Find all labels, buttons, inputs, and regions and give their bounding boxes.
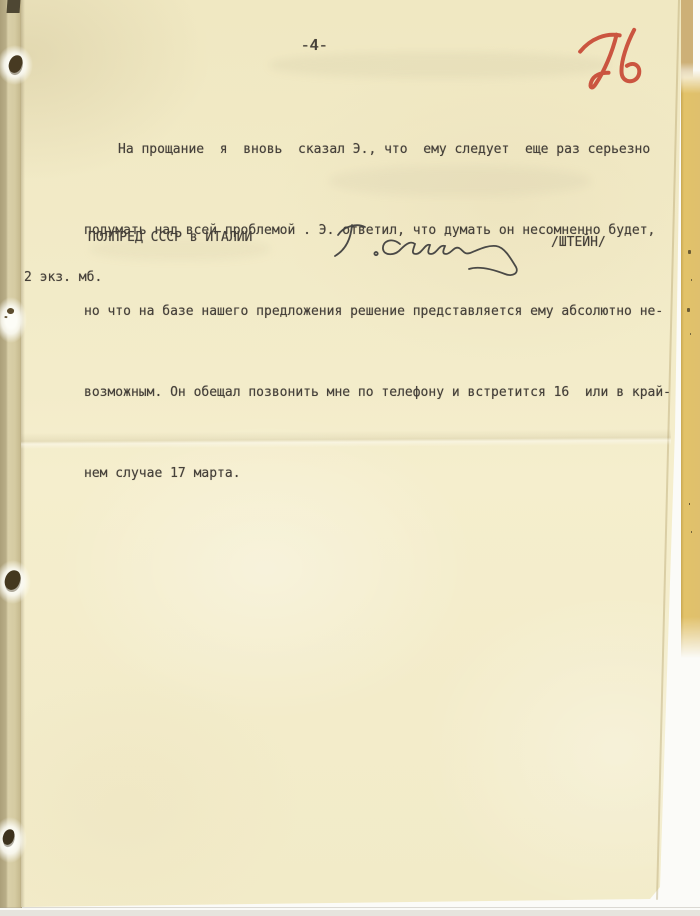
signer-title: ПОЛПРЕД СССР в ИТАЛИИ <box>88 230 252 245</box>
adjacent-page-ink-specks <box>688 250 691 254</box>
page-left-edge-shadow <box>21 0 25 907</box>
binding-hole-core <box>7 54 24 75</box>
typewritten-line: На прощание я вновь сказал Э., что ему с… <box>84 136 684 163</box>
scanner-bottom-strip <box>0 910 700 916</box>
handwritten-signature <box>330 213 550 277</box>
corner-dark-mark <box>7 0 21 13</box>
typewritten-line: но что на базе нашего предложения решени… <box>84 298 684 325</box>
scanned-archival-document: -4- На прощание я вновь сказал Э., что е… <box>0 0 700 916</box>
typewritten-line: нем случае 17 марта. <box>84 460 684 487</box>
typewritten-line: возможным. Он обещал позвонить мне по те… <box>84 379 684 406</box>
adjacent-page-edge-top <box>681 0 693 78</box>
page-bottom-edge <box>0 907 700 908</box>
binding-hole-core <box>3 568 22 591</box>
paper-stain <box>270 52 610 78</box>
binding-hole-core <box>1 828 16 846</box>
binding-hole-core <box>6 307 14 315</box>
typewritten-paragraph: На прощание я вновь сказал Э., что ему с… <box>84 82 684 541</box>
signature-typed-name: /ШТЕЙН/ <box>551 235 606 250</box>
binding-edge-strip <box>0 0 22 908</box>
copies-note: 2 экз. мб. <box>24 270 102 285</box>
page-number: -4- <box>284 36 344 54</box>
